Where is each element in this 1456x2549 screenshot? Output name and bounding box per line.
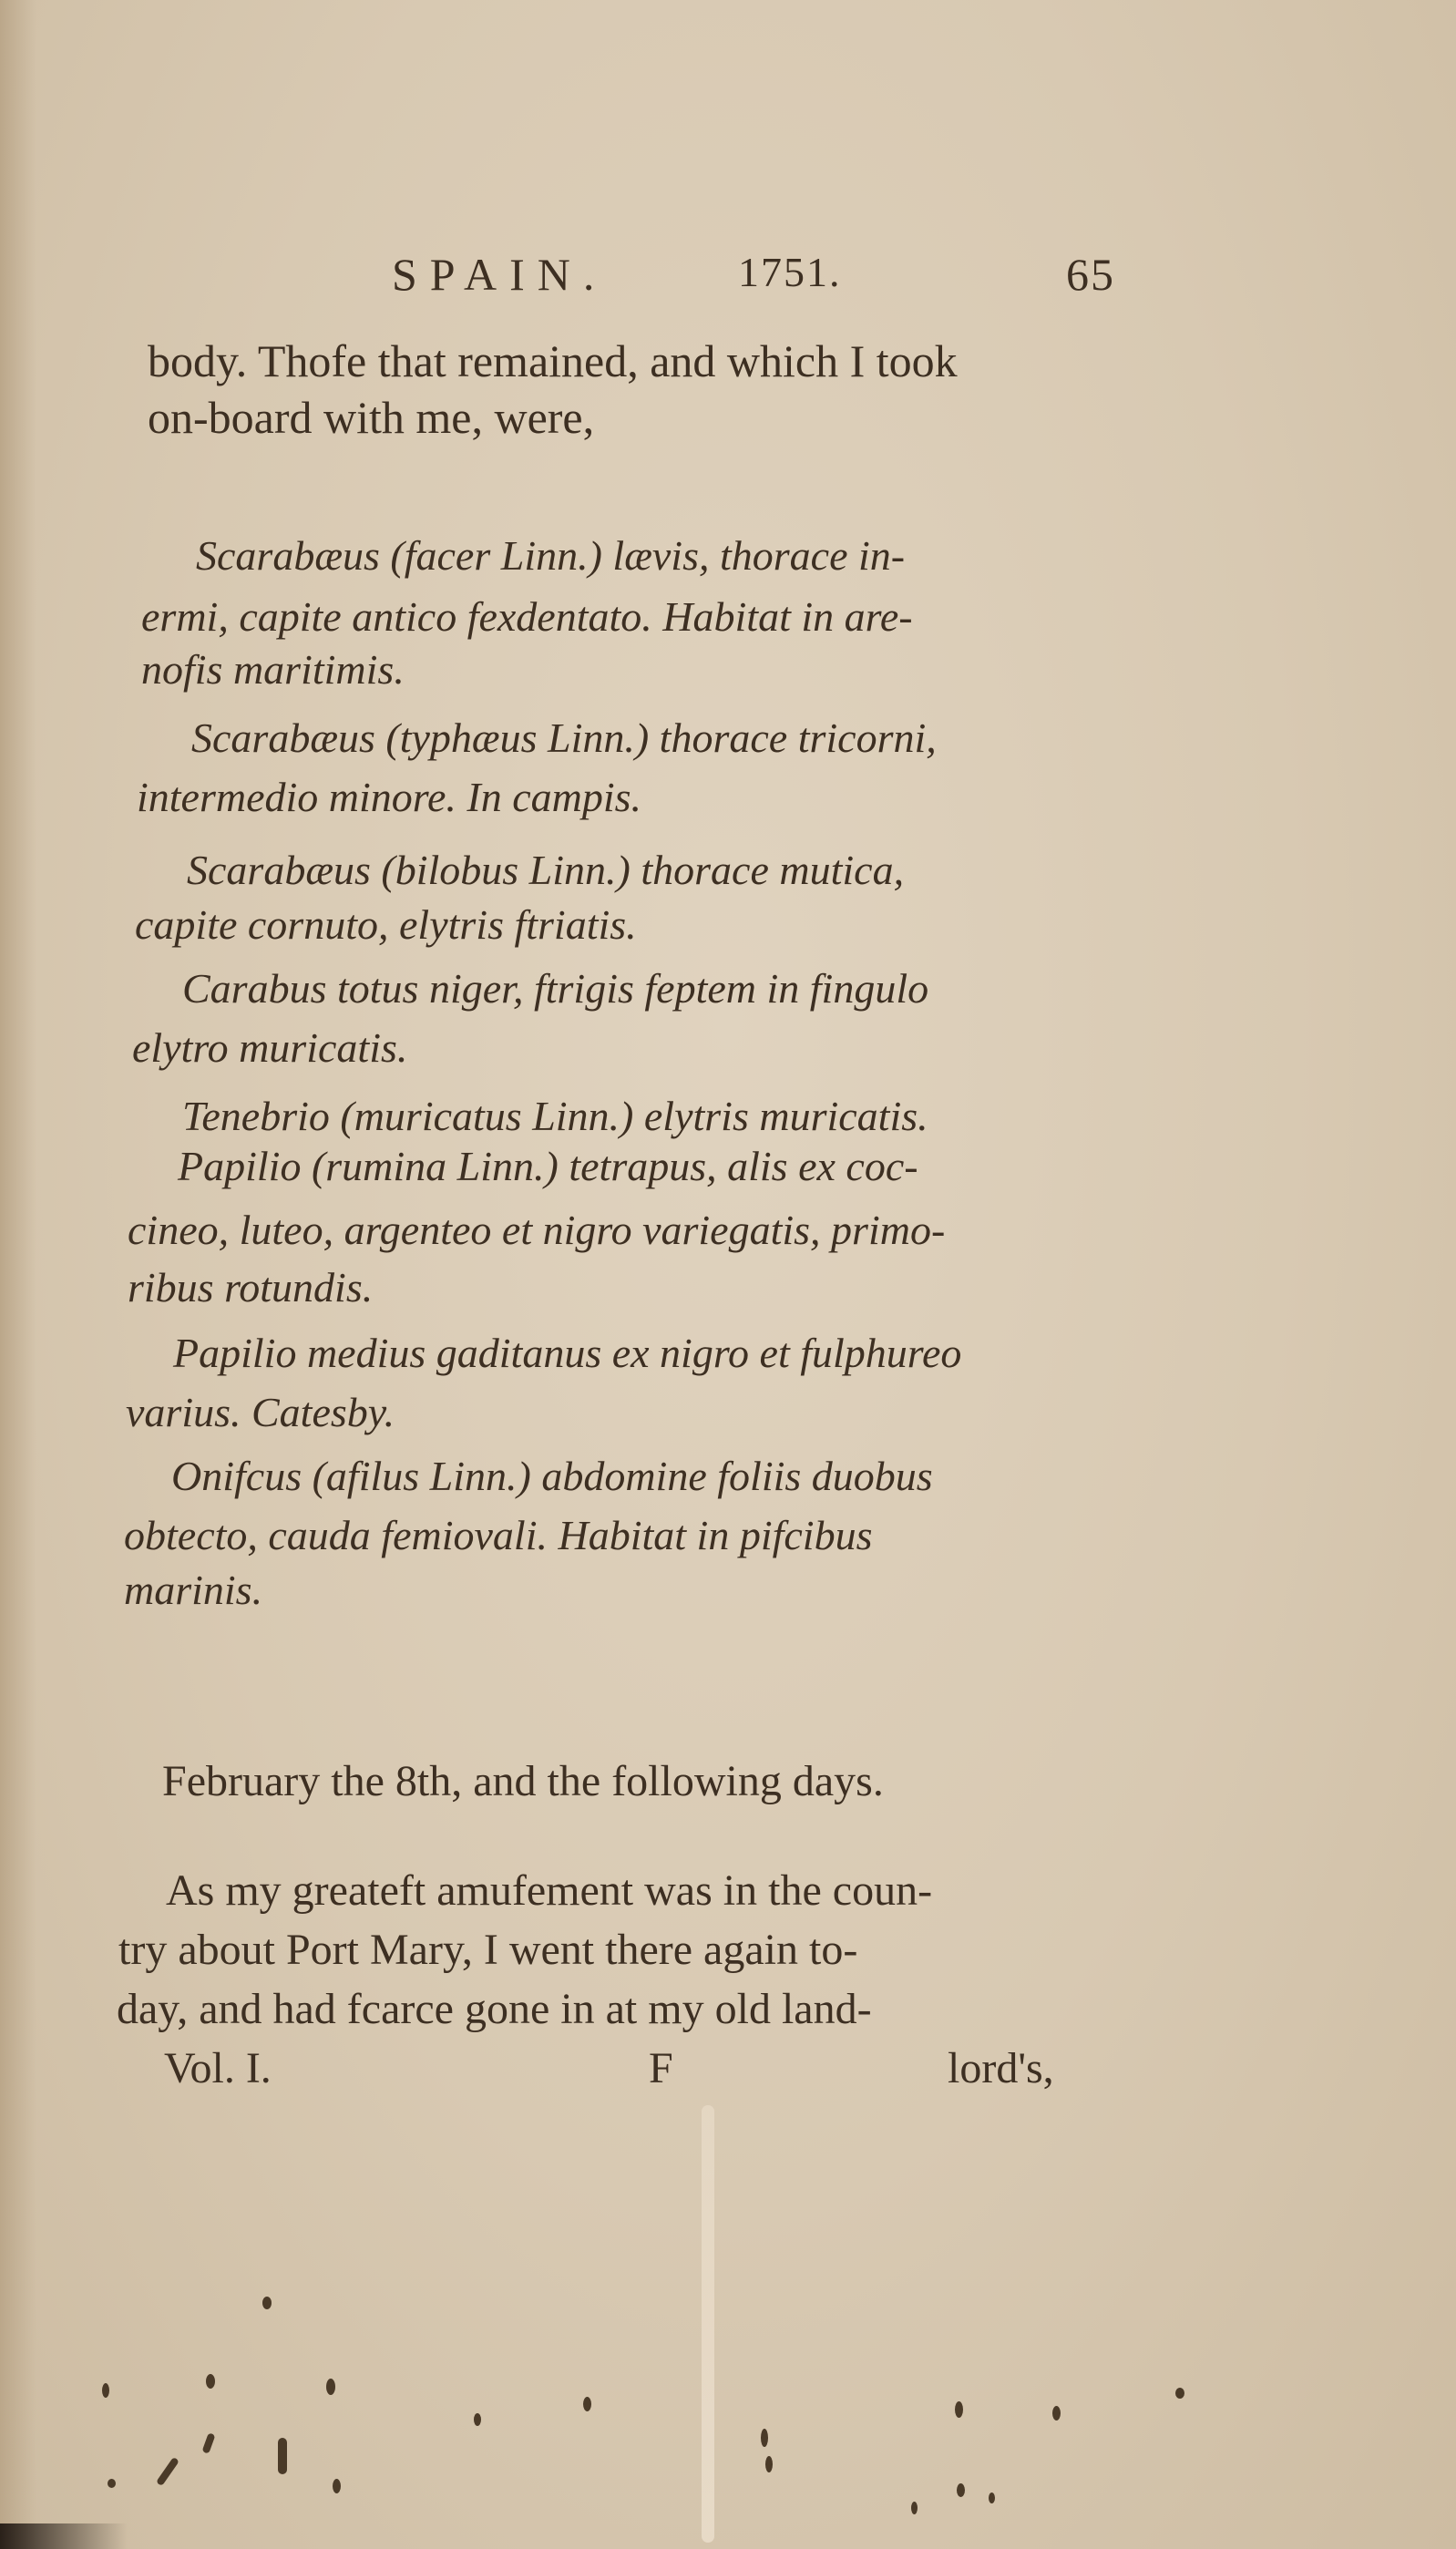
wormhole-spot xyxy=(262,2297,272,2309)
wormhole-spot xyxy=(474,2413,481,2426)
specimen-4-line-2: elytro muricatis. xyxy=(132,1021,407,1075)
footer-signature: F xyxy=(649,2041,673,2096)
specimen-7-line-1: Papilio medius gaditanus ex nigro et ful… xyxy=(173,1326,961,1381)
intro-line-2: on-board with me, were, xyxy=(148,390,594,445)
specimen-6-line-1: Papilio (rumina Linn.) tetrapus, alis ex… xyxy=(178,1139,918,1194)
specimen-3-line-2: capite cornuto, elytris ftriatis. xyxy=(135,898,637,952)
wormhole-spot xyxy=(583,2397,591,2411)
section-heading: February the 8th, and the following days… xyxy=(162,1754,884,1809)
specimen-1-line-2: ermi, capite antico fexdentato. Habitat … xyxy=(141,590,913,644)
footer-catchword: lord's, xyxy=(948,2041,1054,2096)
wormhole-spot xyxy=(957,2483,965,2497)
body-line-2: try about Port Mary, I went there again … xyxy=(118,1923,857,1978)
running-head-title: SPAIN. xyxy=(392,248,607,301)
specimen-6-line-2: cineo, luteo, argenteo et nigro variegat… xyxy=(128,1203,945,1258)
book-page: SPAIN. 1751. 65 body. Thofe that remaine… xyxy=(0,0,1456,2549)
wormhole-spot xyxy=(765,2456,773,2472)
specimen-2-line-1: Scarabæus (typhæus Linn.) thorace tricor… xyxy=(191,711,937,766)
wormhole-spot xyxy=(156,2457,179,2486)
wormhole-spot xyxy=(989,2492,995,2503)
wormhole-spot xyxy=(206,2374,215,2389)
paper-tear-mark xyxy=(702,2105,714,2543)
wormhole-spot xyxy=(108,2479,116,2488)
intro-line-1: body. Thofe that remained, and which I t… xyxy=(148,334,958,388)
specimen-1-line-1: Scarabæus (facer Linn.) lævis, thorace i… xyxy=(196,529,905,583)
page-number: 65 xyxy=(1066,248,1115,301)
wormhole-spot xyxy=(761,2429,768,2447)
running-head: SPAIN. 1751. 65 xyxy=(392,248,1121,312)
specimen-8-line-2: obtecto, cauda femiovali. Habitat in pif… xyxy=(124,1508,873,1563)
wormhole-spot xyxy=(1052,2406,1061,2421)
specimen-7-line-2: varius. Catesby. xyxy=(126,1385,395,1440)
running-head-year: 1751. xyxy=(738,248,842,296)
specimen-8-line-3: marinis. xyxy=(124,1563,262,1618)
specimen-6-line-3: ribus rotundis. xyxy=(128,1260,373,1315)
wormhole-spot xyxy=(955,2401,963,2418)
wormhole-spot xyxy=(102,2383,109,2398)
body-line-1: As my greateft amufement was in the coun… xyxy=(166,1864,932,1918)
specimen-2-line-2: intermedio minore. In campis. xyxy=(137,770,641,825)
specimen-8-line-1: Onifcus (afilus Linn.) abdomine foliis d… xyxy=(171,1449,933,1504)
specimen-4-line-1: Carabus totus niger, ftrigis feptem in f… xyxy=(182,961,928,1016)
body-line-3: day, and had fcarce gone in at my old la… xyxy=(117,1982,872,2037)
wormhole-spot xyxy=(326,2379,335,2395)
wormhole-spot xyxy=(201,2432,215,2453)
footer-volume: Vol. I. xyxy=(164,2041,272,2096)
wormhole-spot xyxy=(911,2502,918,2514)
wormhole-spot xyxy=(1175,2388,1184,2399)
wormhole-spot xyxy=(333,2479,341,2493)
specimen-1-line-3: nofis maritimis. xyxy=(141,642,405,697)
wormhole-spot xyxy=(278,2438,287,2474)
specimen-3-line-1: Scarabæus (bilobus Linn.) thorace mutica… xyxy=(187,843,904,898)
specimen-5-line-1: Tenebrio (muricatus Linn.) elytris muric… xyxy=(182,1089,928,1144)
